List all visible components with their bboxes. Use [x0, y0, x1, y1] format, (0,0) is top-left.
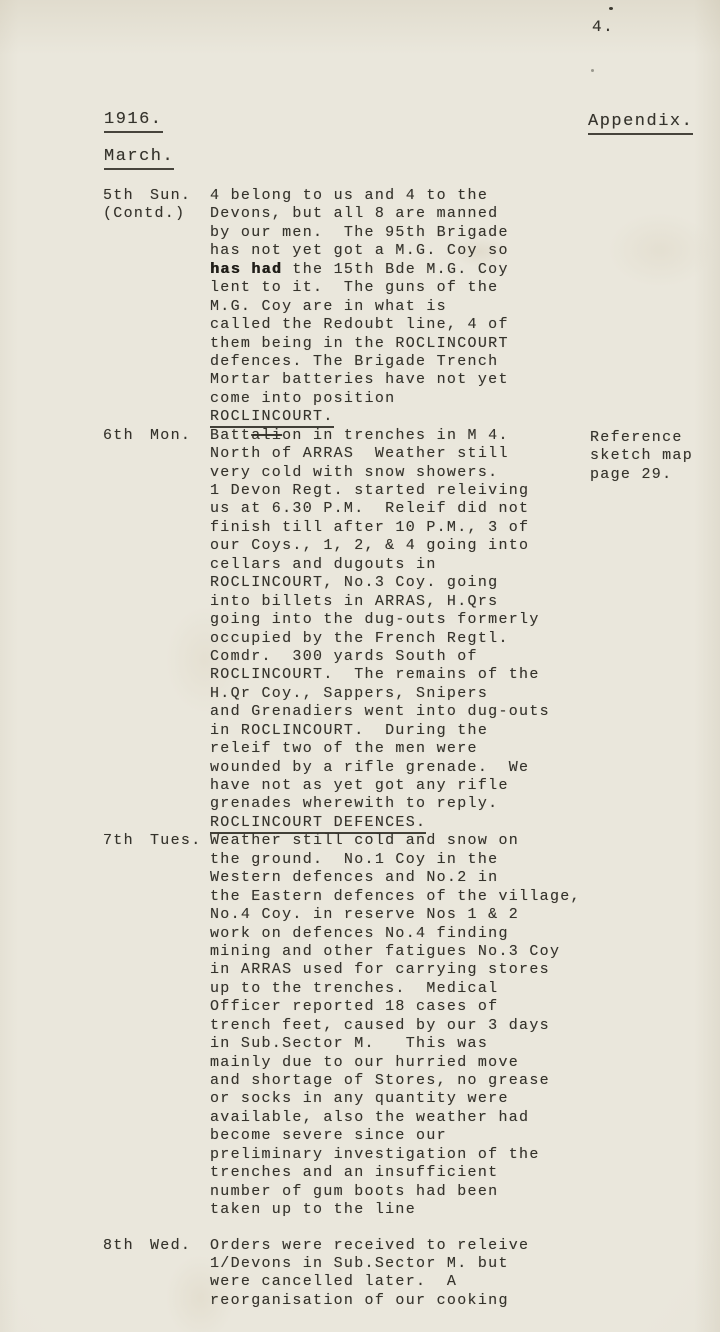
entry-day-name: Wed. — [150, 1237, 191, 1254]
entry-line: ROCLINCOURT DEFENCES. — [210, 814, 600, 832]
entry-day: 6th — [103, 427, 150, 445]
entry-line: the ground. No.1 Coy in the — [210, 851, 600, 869]
text-segment: very cold with snow showers. — [210, 464, 498, 481]
entry-line: number of gum boots had been — [210, 1183, 600, 1201]
appendix-heading: Appendix. — [588, 112, 693, 135]
margin-note-line: Reference — [590, 429, 715, 448]
entry-line: our Coys., 1, 2, & 4 going into — [210, 537, 600, 555]
text-segment: No.4 Coy. in reserve Nos 1 & 2 — [210, 906, 519, 923]
entry-day-name: Tues. — [150, 832, 202, 849]
entry-line: come into position — [210, 390, 600, 408]
entry-line: ROCLINCOURT. — [210, 408, 600, 426]
text-segment: has had — [210, 261, 282, 278]
entry-line: Comdr. 300 yards South of — [210, 648, 600, 666]
text-segment: them being in the ROCLINCOURT — [210, 335, 509, 352]
margin-note-line: sketch map — [590, 447, 715, 466]
entry-line: and Grenadiers went into dug-outs — [210, 703, 600, 721]
entry-line: ROCLINCOURT, No.3 Coy. going — [210, 574, 600, 592]
text-segment: into billets in ARRAS, H.Qrs — [210, 593, 498, 610]
entry-body: Battalion in trenches in M 4.North of AR… — [210, 427, 600, 833]
ink-speck — [591, 69, 594, 72]
entry-line: them being in the ROCLINCOURT — [210, 335, 600, 353]
text-segment: has not yet got a M.G. Coy so — [210, 242, 509, 259]
entry-line: us at 6.30 P.M. Releif did not — [210, 500, 600, 518]
text-segment: Officer reported 18 cases of — [210, 998, 498, 1015]
text-segment: in ROCLINCOURT. During the — [210, 722, 488, 739]
text-segment: going into the dug-outs formerly — [210, 611, 540, 628]
entry-line: by our men. The 95th Brigade — [210, 224, 600, 242]
entry-date: 7thTues. — [103, 832, 202, 850]
diary-entry: 6thMon.Battalion in trenches in M 4.Nort… — [0, 427, 720, 833]
text-segment: and Grenadiers went into dug-outs — [210, 703, 550, 720]
entry-line: No.4 Coy. in reserve Nos 1 & 2 — [210, 906, 600, 924]
entry-line: in Sub.Sector M. This was — [210, 1035, 600, 1053]
entry-line: into billets in ARRAS, H.Qrs — [210, 593, 600, 611]
text-segment: ROCLINCOURT. — [210, 408, 334, 428]
text-segment: us at 6.30 P.M. Releif did not — [210, 500, 529, 517]
diary-entry: 7thTues.Weather still cold and snow onth… — [0, 832, 720, 1219]
text-segment: on in trenches in M 4. — [282, 427, 509, 444]
entry-line: Weather still cold and snow on — [210, 832, 600, 850]
entry-line: and shortage of Stores, no grease — [210, 1072, 600, 1090]
entry-line: up to the trenches. Medical — [210, 980, 600, 998]
text-segment: occupied by the French Regtl. — [210, 630, 509, 647]
entry-line: Western defences and No.2 in — [210, 869, 600, 887]
entry-line: were cancelled later. A — [210, 1273, 600, 1291]
text-segment: ali — [251, 427, 282, 444]
text-segment: the 15th Bde M.G. Coy — [282, 261, 509, 278]
text-segment: defences. The Brigade Trench — [210, 353, 498, 370]
text-segment: become severe since our — [210, 1127, 447, 1144]
text-segment: taken up to the line — [210, 1201, 416, 1218]
text-segment: reorganisation of our cooking — [210, 1292, 509, 1309]
entry-line: reorganisation of our cooking — [210, 1292, 600, 1310]
entry-line: have not as yet got any rifle — [210, 777, 600, 795]
entry-line: North of ARRAS Weather still — [210, 445, 600, 463]
entry-day-name: Mon. — [150, 427, 191, 444]
text-segment: trench feet, caused by our 3 days — [210, 1017, 550, 1034]
entry-line: Mortar batteries have not yet — [210, 371, 600, 389]
entry-line: work on defences No.4 finding — [210, 925, 600, 943]
text-segment: Western defences and No.2 in — [210, 869, 498, 886]
text-segment: North of ARRAS Weather still — [210, 445, 509, 462]
text-segment: Devons, but all 8 are manned — [210, 205, 498, 222]
entry-line: called the Redoubt line, 4 of — [210, 316, 600, 334]
text-segment: called the Redoubt line, 4 of — [210, 316, 509, 333]
entry-line: occupied by the French Regtl. — [210, 630, 600, 648]
diary-entry: 8thWed.Orders were received to releive1/… — [0, 1237, 720, 1311]
entry-line: wounded by a rifle grenade. We — [210, 759, 600, 777]
entry-line: has had the 15th Bde M.G. Coy — [210, 261, 600, 279]
entry-line: M.G. Coy are in what is — [210, 298, 600, 316]
text-segment: 1 Devon Regt. started releiving — [210, 482, 529, 499]
text-segment: 4 belong to us and 4 to the — [210, 187, 488, 204]
page-number: 4. — [592, 18, 614, 36]
entry-line: releif two of the men were — [210, 740, 600, 758]
entry-line: cellars and dugouts in — [210, 556, 600, 574]
month-heading: March. — [104, 147, 174, 170]
margin-note-line: page 29. — [590, 466, 715, 485]
text-segment: come into position — [210, 390, 395, 407]
text-segment: 1/Devons in Sub.Sector M. but — [210, 1255, 509, 1272]
text-segment: mainly due to our hurried move — [210, 1054, 519, 1071]
entry-day: 8th — [103, 1237, 150, 1255]
entry-line: taken up to the line — [210, 1201, 600, 1219]
diary-entries: 5thSun.(Contd.)4 belong to us and 4 to t… — [0, 187, 720, 1310]
text-segment: work on defences No.4 finding — [210, 925, 509, 942]
text-segment: were cancelled later. A — [210, 1273, 457, 1290]
text-segment: number of gum boots had been — [210, 1183, 498, 1200]
text-segment: and shortage of Stores, no grease — [210, 1072, 550, 1089]
entry-line: ROCLINCOURT. The remains of the — [210, 666, 600, 684]
entry-line: going into the dug-outs formerly — [210, 611, 600, 629]
entry-line: 1/Devons in Sub.Sector M. but — [210, 1255, 600, 1273]
entry-line: mainly due to our hurried move — [210, 1054, 600, 1072]
entry-line: trenches and an insufficient — [210, 1164, 600, 1182]
entry-line: 4 belong to us and 4 to the — [210, 187, 600, 205]
text-segment: ROCLINCOURT. The remains of the — [210, 666, 540, 683]
entry-line: in ROCLINCOURT. During the — [210, 722, 600, 740]
diary-entry: 5thSun.(Contd.)4 belong to us and 4 to t… — [0, 187, 720, 427]
text-segment: preliminary investigation of the — [210, 1146, 540, 1163]
entry-line: very cold with snow showers. — [210, 464, 600, 482]
text-segment: our Coys., 1, 2, & 4 going into — [210, 537, 529, 554]
entry-date: 5thSun. — [103, 187, 191, 205]
text-segment: lent to it. The guns of the — [210, 279, 498, 296]
text-segment: or socks in any quantity were — [210, 1090, 509, 1107]
entry-body: Orders were received to releive1/Devons … — [210, 1237, 600, 1311]
text-segment: available, also the weather had — [210, 1109, 529, 1126]
entry-line: H.Qr Coy., Sappers, Snipers — [210, 685, 600, 703]
text-segment: the ground. No.1 Coy in the — [210, 851, 498, 868]
text-segment: Comdr. 300 yards South of — [210, 648, 478, 665]
entry-body: 4 belong to us and 4 to theDevons, but a… — [210, 187, 600, 427]
text-segment: in ARRAS used for carrying stores — [210, 961, 550, 978]
text-segment: releif two of the men were — [210, 740, 478, 757]
ink-speck — [609, 7, 613, 10]
text-segment: up to the trenches. Medical — [210, 980, 498, 997]
text-segment: H.Qr Coy., Sappers, Snipers — [210, 685, 488, 702]
text-segment: by our men. The 95th Brigade — [210, 224, 509, 241]
document-page: 4. 1916. Appendix. March. 5thSun.(Contd.… — [0, 0, 720, 1332]
text-segment: grenades wherewith to reply. — [210, 795, 498, 812]
entry-date: 8thWed. — [103, 1237, 191, 1255]
entry-line: lent to it. The guns of the — [210, 279, 600, 297]
entry-line: Orders were received to releive — [210, 1237, 600, 1255]
entry-line: the Eastern defences of the village, — [210, 888, 600, 906]
entry-day-name: Sun. — [150, 187, 191, 204]
entry-line: trench feet, caused by our 3 days — [210, 1017, 600, 1035]
entry-line: defences. The Brigade Trench — [210, 353, 600, 371]
text-segment: have not as yet got any rifle — [210, 777, 509, 794]
entry-contd-label: (Contd.) — [103, 205, 185, 223]
entry-line: grenades wherewith to reply. — [210, 795, 600, 813]
entry-day: 5th — [103, 187, 150, 205]
text-segment: trenches and an insufficient — [210, 1164, 498, 1181]
text-segment: ROCLINCOURT DEFENCES. — [210, 814, 426, 834]
entry-line: Devons, but all 8 are manned — [210, 205, 600, 223]
entry-line: finish till after 10 P.M., 3 of — [210, 519, 600, 537]
entry-line: 1 Devon Regt. started releiving — [210, 482, 600, 500]
text-segment: finish till after 10 P.M., 3 of — [210, 519, 529, 536]
entry-date: 6thMon. — [103, 427, 191, 445]
entry-line: Battalion in trenches in M 4. — [210, 427, 600, 445]
entry-line: has not yet got a M.G. Coy so — [210, 242, 600, 260]
text-segment: mining and other fatigues No.3 Coy — [210, 943, 560, 960]
entry-line: become severe since our — [210, 1127, 600, 1145]
entry-line: preliminary investigation of the — [210, 1146, 600, 1164]
text-segment: ROCLINCOURT, No.3 Coy. going — [210, 574, 498, 591]
entry-line: mining and other fatigues No.3 Coy — [210, 943, 600, 961]
text-segment: Mortar batteries have not yet — [210, 371, 509, 388]
text-segment: Weather still cold and snow on — [210, 832, 519, 849]
entry-day: 7th — [103, 832, 150, 850]
margin-note: Referencesketch mappage 29. — [590, 429, 715, 485]
text-segment: Batt — [210, 427, 251, 444]
year-heading: 1916. — [104, 110, 163, 133]
text-segment: the Eastern defences of the village, — [210, 888, 581, 905]
entry-body: Weather still cold and snow onthe ground… — [210, 832, 600, 1219]
text-segment: M.G. Coy are in what is — [210, 298, 447, 315]
text-segment: cellars and dugouts in — [210, 556, 437, 573]
entry-line: in ARRAS used for carrying stores — [210, 961, 600, 979]
entry-line: Officer reported 18 cases of — [210, 998, 600, 1016]
text-segment: Orders were received to releive — [210, 1237, 529, 1254]
text-segment: wounded by a rifle grenade. We — [210, 759, 529, 776]
text-segment: in Sub.Sector M. This was — [210, 1035, 488, 1052]
entry-line: or socks in any quantity were — [210, 1090, 600, 1108]
entry-line: available, also the weather had — [210, 1109, 600, 1127]
